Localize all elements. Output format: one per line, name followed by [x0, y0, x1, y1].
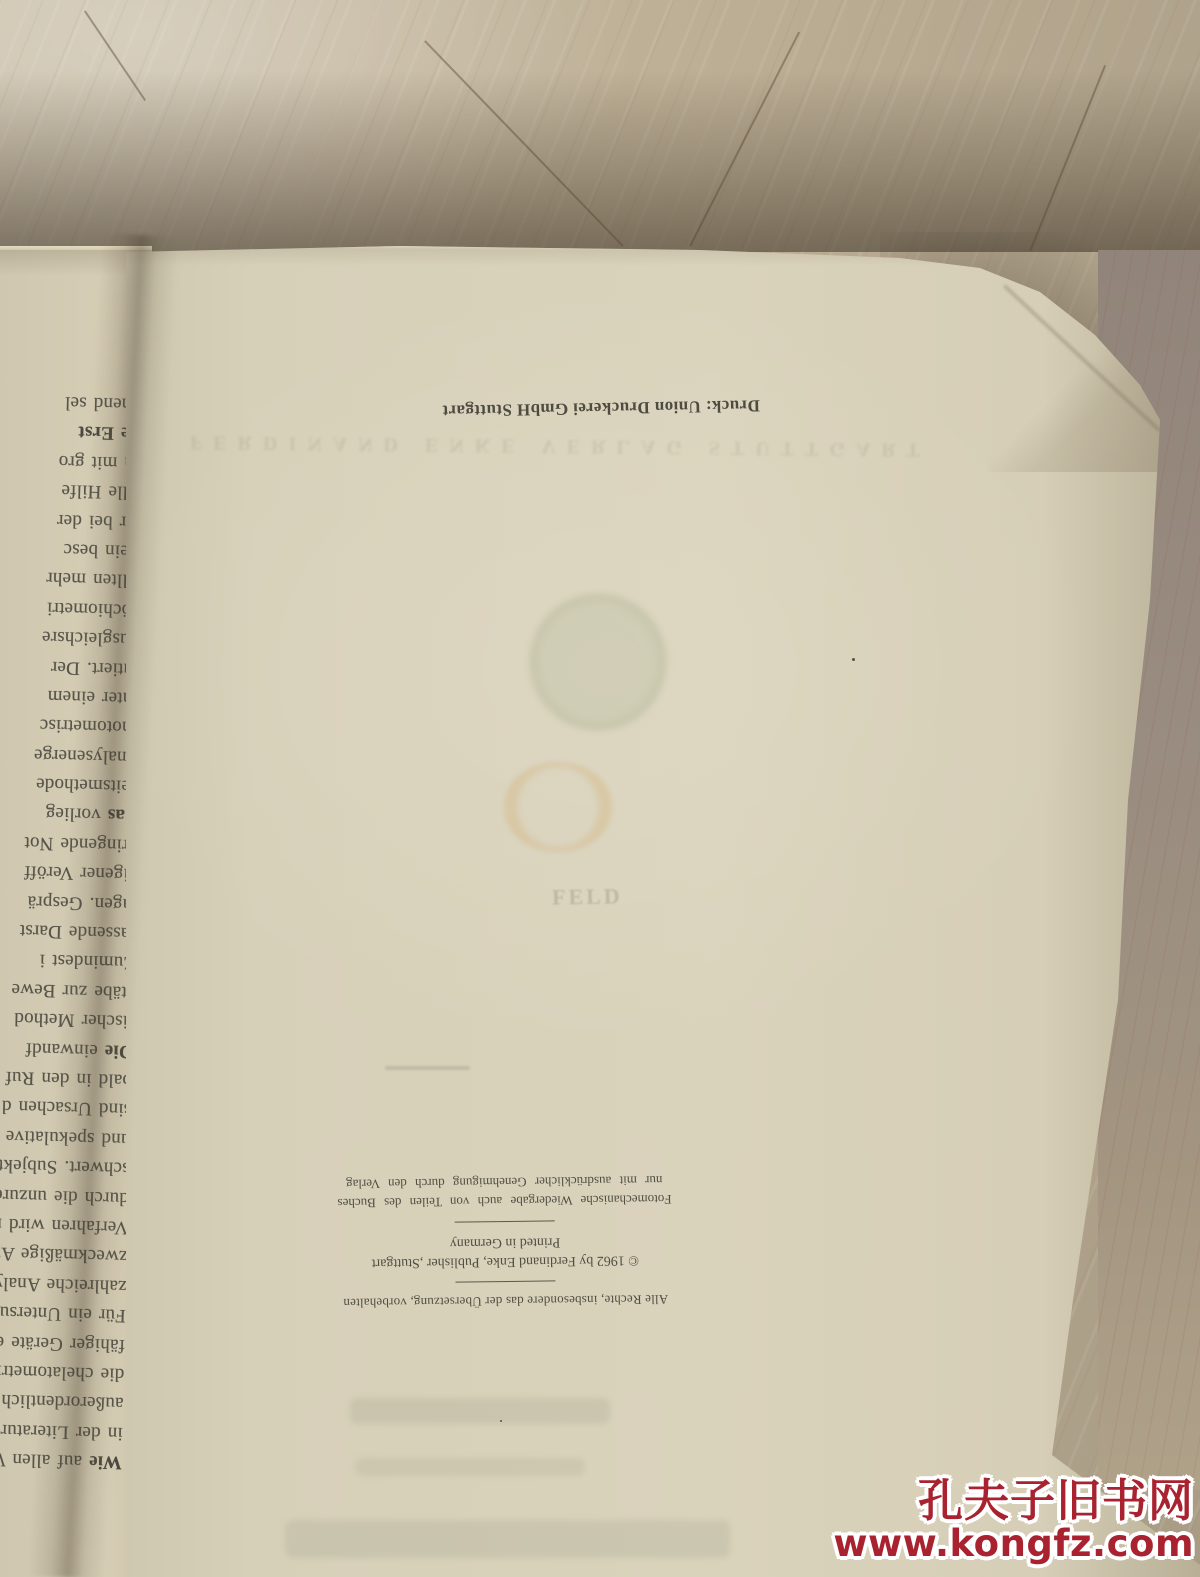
ghost-ring-stain — [503, 762, 613, 852]
dust-speck — [500, 1420, 502, 1422]
ghost-title-showthrough: FERDINAND ENKE VERLAG STUTTGART — [190, 430, 890, 460]
book-photo-canvas: gehend selDie Erstten mit grovolle Hilfe… — [0, 0, 1200, 1577]
ghost-word-showthrough: FELD — [552, 883, 623, 910]
dust-speck — [852, 658, 855, 661]
rights-reserved-line: Alle Rechte, insbesondere das der Überse… — [326, 1291, 686, 1311]
ghost-smudge — [285, 1520, 730, 1558]
copyright-line: © 1962 by Ferdinand Enke, Publisher ,Stu… — [325, 1250, 685, 1273]
copyright-page: FERDINAND ENKE VERLAG STUTTGART FELD Dru… — [126, 238, 1200, 1577]
divider-rule — [455, 1280, 555, 1282]
divider-rule — [455, 1220, 555, 1222]
book-cast-shadow — [0, 70, 1200, 252]
ghost-stamp-showthrough — [528, 592, 668, 732]
ghost-smudge — [385, 1066, 470, 1070]
watermark-site-name: 孔夫子旧书网 — [833, 1477, 1194, 1524]
kongfz-watermark: 孔夫子旧书网 www.kongfz.com — [833, 1477, 1194, 1565]
ghost-smudge — [355, 1458, 585, 1476]
printer-imprint-line: Druck: Union Druckerei GmbH Stuttgart — [411, 395, 791, 422]
watermark-site-url: www.kongfz.com — [833, 1524, 1194, 1565]
copyright-block: Alle Rechte, insbesondere das der Überse… — [324, 1171, 686, 1311]
ghost-smudge — [350, 1398, 610, 1424]
